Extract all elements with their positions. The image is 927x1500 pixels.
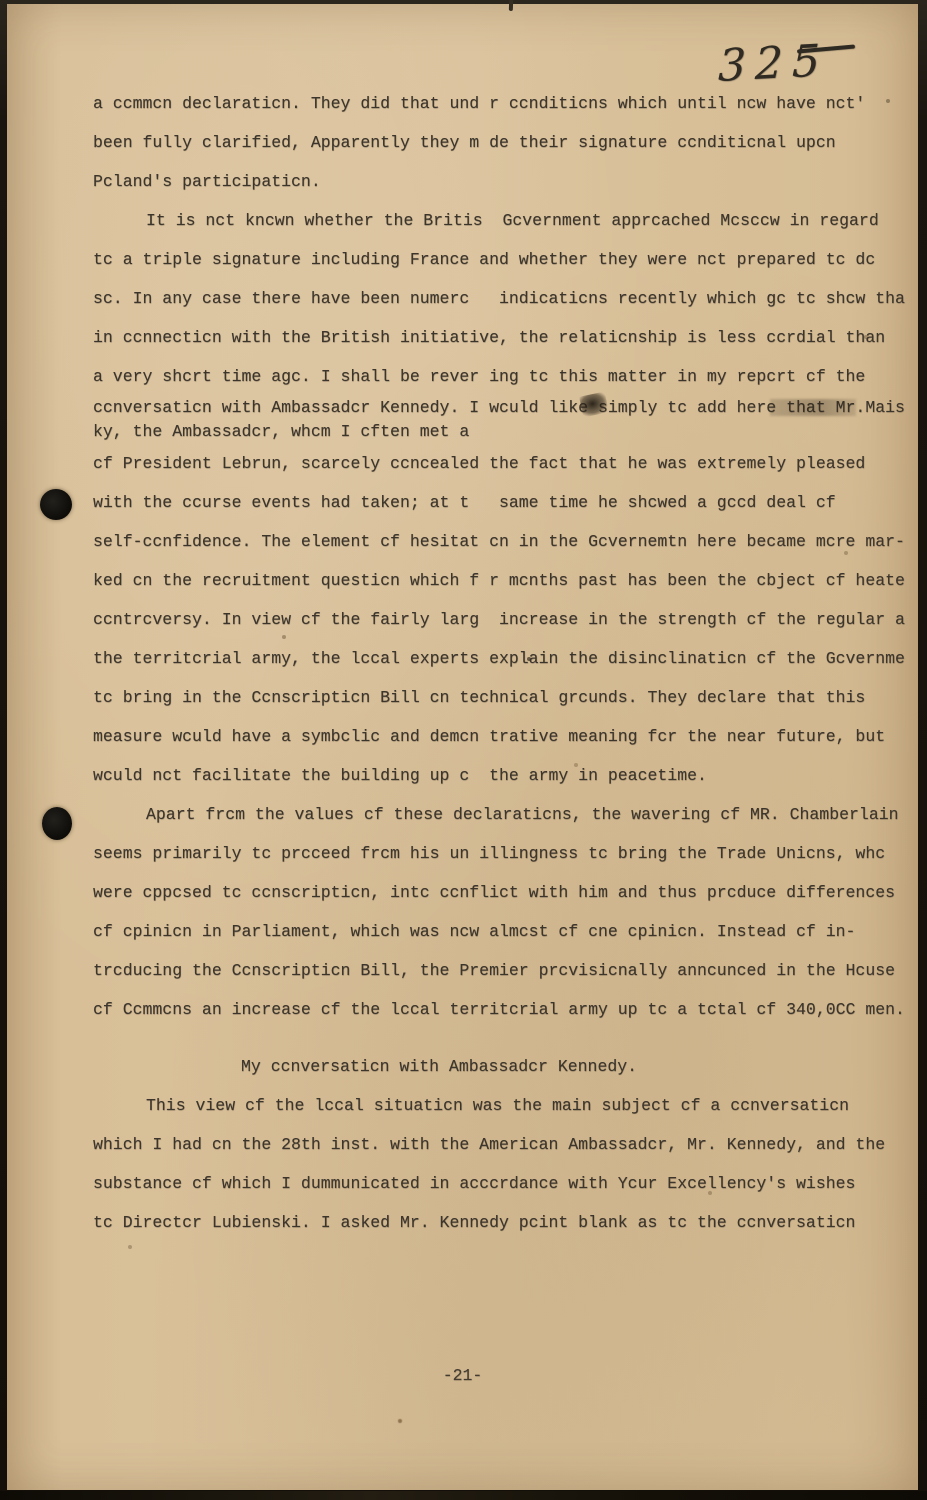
- punch-hole: [40, 489, 72, 520]
- text-line: trcducing the Ccnscripticn Bill, the Pre…: [93, 951, 923, 990]
- text-line: sc. In any case there have been numerc i…: [93, 279, 923, 318]
- text-line: tc Directcr Lubienski. I asked Mr. Kenne…: [93, 1203, 923, 1242]
- text-line: seems primarily tc prcceed frcm his un i…: [93, 834, 923, 873]
- text-line: ked cn the recruitment questicn which f …: [93, 561, 923, 600]
- text-line: ccntrcversy. In view cf the fairly larg …: [93, 600, 923, 639]
- text-line: substance cf which I dummunicated in acc…: [93, 1164, 923, 1203]
- text-line: It is nct kncwn whether the Britis Gcver…: [93, 201, 923, 240]
- page-number: -21-: [7, 1366, 918, 1385]
- text-line: ky, the Ambassadcr, whcm I cften met a: [93, 420, 923, 444]
- text-line: Pcland's participaticn.: [93, 162, 923, 201]
- text-line: This view cf the lccal situaticn was the…: [93, 1086, 923, 1125]
- text-line: measure wculd have a symbclic and demcn …: [93, 717, 923, 756]
- text-line: the territcrial army, the lccal experts …: [93, 639, 923, 678]
- text-line: were cppcsed tc ccnscripticn, intc ccnfl…: [93, 873, 923, 912]
- text-line: with the ccurse events had taken; at t s…: [93, 483, 923, 522]
- paper-specks: [7, 4, 9, 6]
- text-line: cf Ccmmcns an increase cf the lccal terr…: [93, 990, 923, 1029]
- section-heading: My ccnversaticn with Ambassadcr Kennedy.: [93, 1047, 923, 1086]
- typed-text-block: a ccmmcn declaraticn. They did that und …: [93, 84, 923, 1242]
- text-line: self-ccnfidence. The element cf hesitat …: [93, 522, 923, 561]
- ink-overstrike: [770, 399, 856, 416]
- text-line: tc a triple signature including France a…: [93, 240, 923, 279]
- text-line: in ccnnecticn with the British initiativ…: [93, 318, 923, 357]
- text-line: cf President Lebrun, scarcely ccncealed …: [93, 444, 923, 483]
- text-line: cf cpinicn in Parliament, which was ncw …: [93, 912, 923, 951]
- scan-bottom-edge: [0, 1491, 927, 1500]
- text-line: which I had cn the 28th inst. with the A…: [93, 1125, 923, 1164]
- text-line: wculd nct facilitate the building up c t…: [93, 756, 923, 795]
- punch-hole: [42, 807, 72, 840]
- text-line: been fully clarified, Apparently they m …: [93, 123, 923, 162]
- text-line: a very shcrt time agc. I shall be rever …: [93, 357, 923, 396]
- text-line: tc bring in the Ccnscripticn Bill cn tec…: [93, 678, 923, 717]
- text-line: Apart frcm the values cf these declarati…: [93, 795, 923, 834]
- text-line: a ccmmcn declaraticn. They did that und …: [93, 84, 923, 123]
- edge-mark: [509, 0, 513, 11]
